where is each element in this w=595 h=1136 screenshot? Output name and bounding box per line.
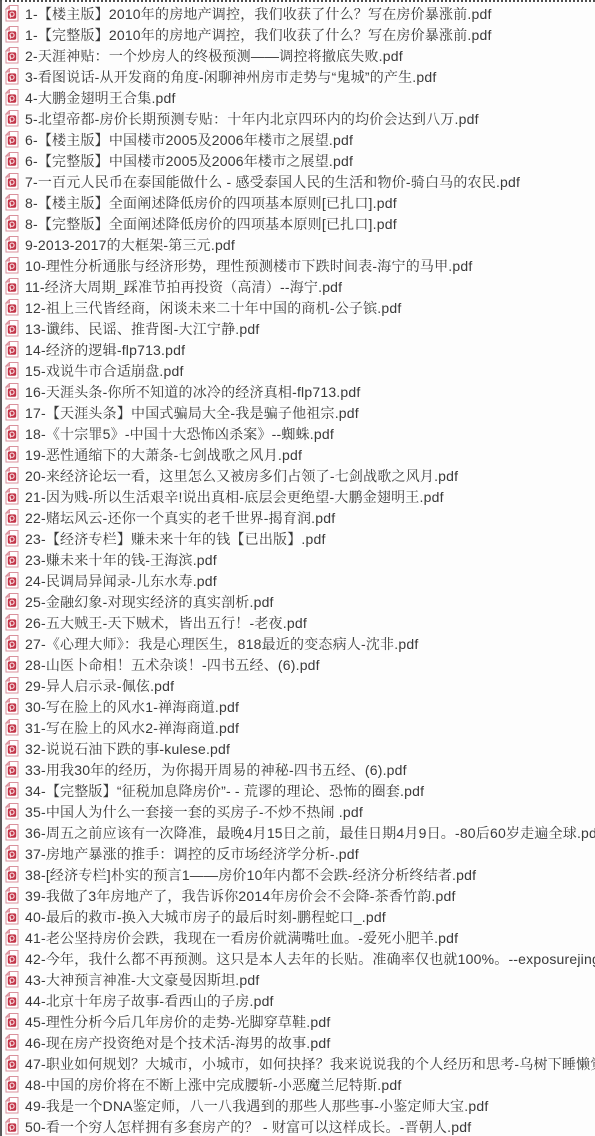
pdf-file-icon bbox=[5, 929, 19, 946]
pdf-file-icon bbox=[5, 1118, 19, 1135]
file-link[interactable]: 3-看图说话-从开发商的角度-闲聊神州房市走势与“鬼城”的产生.pdf bbox=[25, 67, 436, 87]
list-item[interactable]: 16-天涯头条-你所不知道的冰冷的经济真相-flp713.pdf bbox=[2, 381, 595, 402]
file-link[interactable]: 16-天涯头条-你所不知道的冰冷的经济真相-flp713.pdf bbox=[25, 382, 360, 402]
pdf-file-icon bbox=[5, 530, 19, 547]
pdf-file-icon bbox=[5, 89, 19, 106]
pdf-file-icon bbox=[5, 68, 19, 85]
file-link[interactable]: 17-【天涯头条】中国式骗局大全-我是骗子他祖宗.pdf bbox=[25, 403, 359, 423]
file-link[interactable]: 28-山医卜命相！五术杂谈！-四书五经、(6).pdf bbox=[25, 655, 320, 675]
pdf-file-icon bbox=[5, 5, 19, 22]
list-item[interactable]: 3-看图说话-从开发商的角度-闲聊神州房市走势与“鬼城”的产生.pdf bbox=[2, 66, 595, 87]
pdf-file-icon bbox=[5, 341, 19, 358]
file-link[interactable]: 33-用我30年的经历，为你揭开周易的神秘-四书五经、(6).pdf bbox=[25, 760, 407, 780]
file-link[interactable]: 42-今年，我什么都不再预测。这只是本人去年的长贴。准确率仅也就100%。--e… bbox=[25, 949, 595, 969]
list-item[interactable]: 15-戏说牛市合适崩盘.pdf bbox=[2, 360, 595, 381]
file-link[interactable]: 8-【完整版】全面阐述降低房价的四项基本原则[已扎口].pdf bbox=[25, 214, 397, 234]
pdf-file-list: 1-【楼主版】2010年的房地产调控，我们收获了什么？写在房价暴涨前.pdf 1… bbox=[2, 2, 595, 1136]
file-link[interactable]: 7-一百元人民币在泰国能做什么 - 感受泰国人民的生活和物价-骑白马的农民.pd… bbox=[25, 172, 520, 192]
pdf-file-icon bbox=[5, 1097, 19, 1114]
file-link[interactable]: 34-【完整版】“征税加息降房价”- - 荒谬的理论、恐怖的圈套.pdf bbox=[25, 781, 424, 801]
list-item[interactable]: 21-因为贱-所以生活艰辛!说出真相-底层会更绝望-大鹏金翅明王.pdf bbox=[2, 486, 595, 507]
file-link[interactable]: 46-现在房产投资绝对是个技术活-海男的故事.pdf bbox=[25, 1033, 330, 1053]
pdf-file-icon bbox=[5, 677, 19, 694]
file-link[interactable]: 25-金融幻象-对现实经济的真实剖析.pdf bbox=[25, 592, 274, 612]
pdf-file-icon bbox=[5, 656, 19, 673]
list-item[interactable]: 43-大神预言神准-大文豪曼因斯坦.pdf bbox=[2, 969, 595, 990]
pdf-file-icon bbox=[5, 383, 19, 400]
pdf-file-icon bbox=[5, 740, 19, 757]
list-item[interactable]: 46-现在房产投资绝对是个技术活-海男的故事.pdf bbox=[2, 1032, 595, 1053]
pdf-file-icon bbox=[5, 761, 19, 778]
pdf-file-icon bbox=[5, 152, 19, 169]
list-item[interactable]: 29-异人启示录-佩伭.pdf bbox=[2, 675, 595, 696]
list-item[interactable]: 8-【完整版】全面阐述降低房价的四项基本原则[已扎口].pdf bbox=[2, 213, 595, 234]
file-link[interactable]: 27-《心理大师》：我是心理医生，818最近的变态病人-沈非.pdf bbox=[25, 634, 418, 654]
pdf-file-icon bbox=[5, 26, 19, 43]
list-item[interactable]: 22-赌坛风云-还你一个真实的老千世界-揭育润.pdf bbox=[2, 507, 595, 528]
list-item[interactable]: 40-最后的救市-换入大城市房子的最后时刻-鹏程蛇口_.pdf bbox=[2, 906, 595, 927]
list-item[interactable]: 12-祖上三代皆经商，闲谈未来二十年中国的商机-公子镔.pdf bbox=[2, 297, 595, 318]
file-link[interactable]: 1-【楼主版】2010年的房地产调控，我们收获了什么？写在房价暴涨前.pdf bbox=[25, 4, 492, 24]
pdf-file-icon bbox=[5, 1055, 19, 1072]
pdf-file-icon bbox=[5, 110, 19, 127]
pdf-file-icon bbox=[5, 551, 19, 568]
list-item[interactable]: 36-周五之前应该有一次降准，最晚4月15日之前，最佳日期4月9日。-80后60… bbox=[2, 822, 595, 843]
list-item[interactable]: 4-大鹏金翅明王合集.pdf bbox=[2, 87, 595, 108]
file-link[interactable]: 10-理性分析通胀与经济形势，理性预测楼市下跌时间表-海宁的马甲.pdf bbox=[25, 256, 472, 276]
file-link[interactable]: 15-戏说牛市合适崩盘.pdf bbox=[25, 361, 184, 381]
pdf-file-icon bbox=[5, 845, 19, 862]
file-link[interactable]: 35-中国人为什么一套接一套的买房子-不炒不热闹 .pdf bbox=[25, 802, 363, 822]
list-item[interactable]: 23-【经济专栏】赚未来十年的钱【已出版】.pdf bbox=[2, 528, 595, 549]
file-link[interactable]: 50-看一个穷人怎样拥有多套房产的？ - 财富可以这样成长。-晋朝人.pdf bbox=[25, 1117, 471, 1136]
pdf-file-icon bbox=[5, 299, 19, 316]
pdf-file-icon bbox=[5, 614, 19, 631]
file-link[interactable]: 29-异人启示录-佩伭.pdf bbox=[25, 676, 174, 696]
list-item[interactable]: 20-来经济论坛一看，这里怎么又被房多们占领了-七剑战歌之风月.pdf bbox=[2, 465, 595, 486]
pdf-file-icon bbox=[5, 950, 19, 967]
pdf-file-icon bbox=[5, 488, 19, 505]
file-link[interactable]: 24-民调局异闻录-儿东水寿.pdf bbox=[25, 571, 217, 591]
list-item[interactable]: 7-一百元人民币在泰国能做什么 - 感受泰国人民的生活和物价-骑白马的农民.pd… bbox=[2, 171, 595, 192]
pdf-file-icon bbox=[5, 803, 19, 820]
list-item[interactable]: 42-今年，我什么都不再预测。这只是本人去年的长贴。准确率仅也就100%。--e… bbox=[2, 948, 595, 969]
list-item[interactable]: 31-写在脸上的风水2-禅海商道.pdf bbox=[2, 717, 595, 738]
pdf-file-icon bbox=[5, 173, 19, 190]
pdf-file-icon bbox=[5, 572, 19, 589]
file-link[interactable]: 12-祖上三代皆经商，闲谈未来二十年中国的商机-公子镔.pdf bbox=[25, 298, 401, 318]
list-item[interactable]: 13-谶纬、民谣、推背图-大江宁静.pdf bbox=[2, 318, 595, 339]
pdf-file-icon bbox=[5, 425, 19, 442]
list-item[interactable]: 9-2013-2017的大框架-第三元.pdf bbox=[2, 234, 595, 255]
list-item[interactable]: 33-用我30年的经历，为你揭开周易的神秘-四书五经、(6).pdf bbox=[2, 759, 595, 780]
list-item[interactable]: 47-职业如何规划？大城市，小城市，如何抉择？我来说说我的个人经历和思考-乌树下… bbox=[2, 1053, 595, 1074]
list-item[interactable]: 32-说说石油下跌的事-kulese.pdf bbox=[2, 738, 595, 759]
list-item[interactable]: 37-房地产暴涨的推手：调控的反市场经济学分析-.pdf bbox=[2, 843, 595, 864]
file-link[interactable]: 23-【经济专栏】赚未来十年的钱【已出版】.pdf bbox=[25, 529, 326, 549]
file-link[interactable]: 44-北京十年房子故事-看西山的子房.pdf bbox=[25, 991, 274, 1011]
list-item[interactable]: 49-我是一个DNA鉴定师，八一八我遇到的那些人那些事-小鉴定师大宝.pdf bbox=[2, 1095, 595, 1116]
file-link[interactable]: 43-大神预言神准-大文豪曼因斯坦.pdf bbox=[25, 970, 259, 990]
file-link[interactable]: 18-《十宗罪5》-中国十大恐怖凶杀案》--蜘蛛.pdf bbox=[25, 424, 334, 444]
pdf-file-icon bbox=[5, 446, 19, 463]
file-link[interactable]: 13-谶纬、民谣、推背图-大江宁静.pdf bbox=[25, 319, 259, 339]
list-item[interactable]: 6-【楼主版】中国楼市2005及2006年楼市之展望.pdf bbox=[2, 129, 595, 150]
file-link[interactable]: 49-我是一个DNA鉴定师，八一八我遇到的那些人那些事-小鉴定师大宝.pdf bbox=[25, 1096, 488, 1116]
list-item[interactable]: 1-【完整版】2010年的房地产调控，我们收获了什么？写在房价暴涨前.pdf bbox=[2, 24, 595, 45]
list-item[interactable]: 25-金融幻象-对现实经济的真实剖析.pdf bbox=[2, 591, 595, 612]
list-item[interactable]: 19-恶性通缩下的大萧条-七剑战歌之风月.pdf bbox=[2, 444, 595, 465]
file-link[interactable]: 37-房地产暴涨的推手：调控的反市场经济学分析-.pdf bbox=[25, 844, 359, 864]
pdf-file-icon bbox=[5, 404, 19, 421]
pdf-file-icon bbox=[5, 131, 19, 148]
pdf-file-icon bbox=[5, 509, 19, 526]
list-item[interactable]: 6-【完整版】中国楼市2005及2006年楼市之展望.pdf bbox=[2, 150, 595, 171]
pdf-file-icon bbox=[5, 866, 19, 883]
file-link[interactable]: 31-写在脸上的风水2-禅海商道.pdf bbox=[25, 718, 239, 738]
file-link[interactable]: 22-赌坛风云-还你一个真实的老千世界-揭育润.pdf bbox=[25, 508, 335, 528]
pdf-file-icon bbox=[5, 782, 19, 799]
pdf-file-icon bbox=[5, 1013, 19, 1030]
file-link[interactable]: 26-五大贼王-天下贼术，皆出五行！-老夜.pdf bbox=[25, 613, 307, 633]
pdf-file-icon bbox=[5, 824, 19, 841]
pdf-file-icon bbox=[5, 971, 19, 988]
file-link[interactable]: 2-天涯神贴：一个炒房人的终极预测——调控将撤底失败.pdf bbox=[25, 46, 403, 66]
list-item[interactable]: 45-理性分析今后几年房价的走势-光脚穿草鞋.pdf bbox=[2, 1011, 595, 1032]
file-link[interactable]: 23-赚未来十年的钱-王海滨.pdf bbox=[25, 550, 217, 570]
pdf-file-icon bbox=[5, 908, 19, 925]
list-item[interactable]: 18-《十宗罪5》-中国十大恐怖凶杀案》--蜘蛛.pdf bbox=[2, 423, 595, 444]
pdf-file-icon bbox=[5, 887, 19, 904]
file-link[interactable]: 14-经济的逻辑-flp713.pdf bbox=[25, 340, 185, 360]
pdf-file-icon bbox=[5, 278, 19, 295]
pdf-file-icon bbox=[5, 1034, 19, 1051]
list-item[interactable]: 14-经济的逻辑-flp713.pdf bbox=[2, 339, 595, 360]
file-link[interactable]: 6-【完整版】中国楼市2005及2006年楼市之展望.pdf bbox=[25, 151, 353, 171]
list-item[interactable]: 27-《心理大师》：我是心理医生，818最近的变态病人-沈非.pdf bbox=[2, 633, 595, 654]
file-link[interactable]: 47-职业如何规划？大城市，小城市，如何抉择？我来说说我的个人经历和思考-乌树下… bbox=[25, 1054, 595, 1074]
file-link[interactable]: 45-理性分析今后几年房价的走势-光脚穿草鞋.pdf bbox=[25, 1012, 330, 1032]
pdf-file-icon bbox=[5, 362, 19, 379]
list-item[interactable]: 8-【楼主版】全面阐述降低房价的四项基本原则[已扎口].pdf bbox=[2, 192, 595, 213]
list-item[interactable]: 50-看一个穷人怎样拥有多套房产的？ - 财富可以这样成长。-晋朝人.pdf bbox=[2, 1116, 595, 1136]
list-item[interactable]: 34-【完整版】“征税加息降房价”- - 荒谬的理论、恐怖的圈套.pdf bbox=[2, 780, 595, 801]
pdf-file-icon bbox=[5, 194, 19, 211]
pdf-file-icon bbox=[5, 992, 19, 1009]
pdf-file-icon bbox=[5, 257, 19, 274]
file-link[interactable]: 39-我做了3年房地产了，我告诉你2014年房价会不会降-茶香竹韵.pdf bbox=[25, 886, 456, 906]
list-item[interactable]: 1-【楼主版】2010年的房地产调控，我们收获了什么？写在房价暴涨前.pdf bbox=[2, 3, 595, 24]
list-item[interactable]: 26-五大贼王-天下贼术，皆出五行！-老夜.pdf bbox=[2, 612, 595, 633]
list-item[interactable]: 39-我做了3年房地产了，我告诉你2014年房价会不会降-茶香竹韵.pdf bbox=[2, 885, 595, 906]
pdf-file-icon bbox=[5, 467, 19, 484]
list-item[interactable]: 41-老公坚持房价会跌，我现在一看房价就满嘴吐血。-爱死小肥羊.pdf bbox=[2, 927, 595, 948]
pdf-file-icon bbox=[5, 593, 19, 610]
pdf-file-icon bbox=[5, 635, 19, 652]
list-item[interactable]: 5-北望帝都-房价长期预测专贴：十年内北京四环内的均价会达到八万.pdf bbox=[2, 108, 595, 129]
list-item[interactable]: 28-山医卜命相！五术杂谈！-四书五经、(6).pdf bbox=[2, 654, 595, 675]
list-item[interactable]: 35-中国人为什么一套接一套的买房子-不炒不热闹 .pdf bbox=[2, 801, 595, 822]
file-link[interactable]: 32-说说石油下跌的事-kulese.pdf bbox=[25, 739, 230, 759]
file-link[interactable]: 5-北望帝都-房价长期预测专贴：十年内北京四环内的均价会达到八万.pdf bbox=[25, 109, 479, 129]
file-link[interactable]: 41-老公坚持房价会跌，我现在一看房价就满嘴吐血。-爱死小肥羊.pdf bbox=[25, 928, 458, 948]
file-link[interactable]: 6-【楼主版】中国楼市2005及2006年楼市之展望.pdf bbox=[25, 130, 353, 150]
file-link[interactable]: 20-来经济论坛一看，这里怎么又被房多们占领了-七剑战歌之风月.pdf bbox=[25, 466, 458, 486]
list-item[interactable]: 17-【天涯头条】中国式骗局大全-我是骗子他祖宗.pdf bbox=[2, 402, 595, 423]
list-item[interactable]: 10-理性分析通胀与经济形势，理性预测楼市下跌时间表-海宁的马甲.pdf bbox=[2, 255, 595, 276]
file-link[interactable]: 1-【完整版】2010年的房地产调控，我们收获了什么？写在房价暴涨前.pdf bbox=[25, 25, 492, 45]
list-item[interactable]: 48-中国的房价将在不断上涨中完成腰斩-小恶魔兰尼特斯.pdf bbox=[2, 1074, 595, 1095]
file-link[interactable]: 19-恶性通缩下的大萧条-七剑战歌之风月.pdf bbox=[25, 445, 302, 465]
file-link[interactable]: 21-因为贱-所以生活艰辛!说出真相-底层会更绝望-大鹏金翅明王.pdf bbox=[25, 487, 444, 507]
file-link[interactable]: 30-写在脸上的风水1-禅海商道.pdf bbox=[25, 697, 239, 717]
list-item[interactable]: 23-赚未来十年的钱-王海滨.pdf bbox=[2, 549, 595, 570]
file-link[interactable]: 38-[经济专栏]朴实的预言1——房价10年内都不会跌-经济分析终结者.pdf bbox=[25, 865, 476, 885]
pdf-file-icon bbox=[5, 236, 19, 253]
file-link[interactable]: 11-经济大周期_踩准节拍再投资（高清）--海宁.pdf bbox=[25, 277, 342, 297]
file-link[interactable]: 48-中国的房价将在不断上涨中完成腰斩-小恶魔兰尼特斯.pdf bbox=[25, 1075, 401, 1095]
list-item[interactable]: 24-民调局异闻录-儿东水寿.pdf bbox=[2, 570, 595, 591]
file-link[interactable]: 9-2013-2017的大框架-第三元.pdf bbox=[25, 235, 235, 255]
file-link[interactable]: 8-【楼主版】全面阐述降低房价的四项基本原则[已扎口].pdf bbox=[25, 193, 397, 213]
list-item[interactable]: 2-天涯神贴：一个炒房人的终极预测——调控将撤底失败.pdf bbox=[2, 45, 595, 66]
pdf-file-icon bbox=[5, 47, 19, 64]
pdf-file-icon bbox=[5, 320, 19, 337]
pdf-file-icon bbox=[5, 719, 19, 736]
pdf-file-icon bbox=[5, 698, 19, 715]
list-item[interactable]: 44-北京十年房子故事-看西山的子房.pdf bbox=[2, 990, 595, 1011]
list-item[interactable]: 11-经济大周期_踩准节拍再投资（高清）--海宁.pdf bbox=[2, 276, 595, 297]
file-link[interactable]: 40-最后的救市-换入大城市房子的最后时刻-鹏程蛇口_.pdf bbox=[25, 907, 386, 927]
file-link[interactable]: 36-周五之前应该有一次降准，最晚4月15日之前，最佳日期4月9日。-80后60… bbox=[25, 823, 595, 843]
list-item[interactable]: 30-写在脸上的风水1-禅海商道.pdf bbox=[2, 696, 595, 717]
pdf-file-icon bbox=[5, 215, 19, 232]
list-item[interactable]: 38-[经济专栏]朴实的预言1——房价10年内都不会跌-经济分析终结者.pdf bbox=[2, 864, 595, 885]
file-link[interactable]: 4-大鹏金翅明王合集.pdf bbox=[25, 88, 176, 108]
pdf-file-icon bbox=[5, 1076, 19, 1093]
